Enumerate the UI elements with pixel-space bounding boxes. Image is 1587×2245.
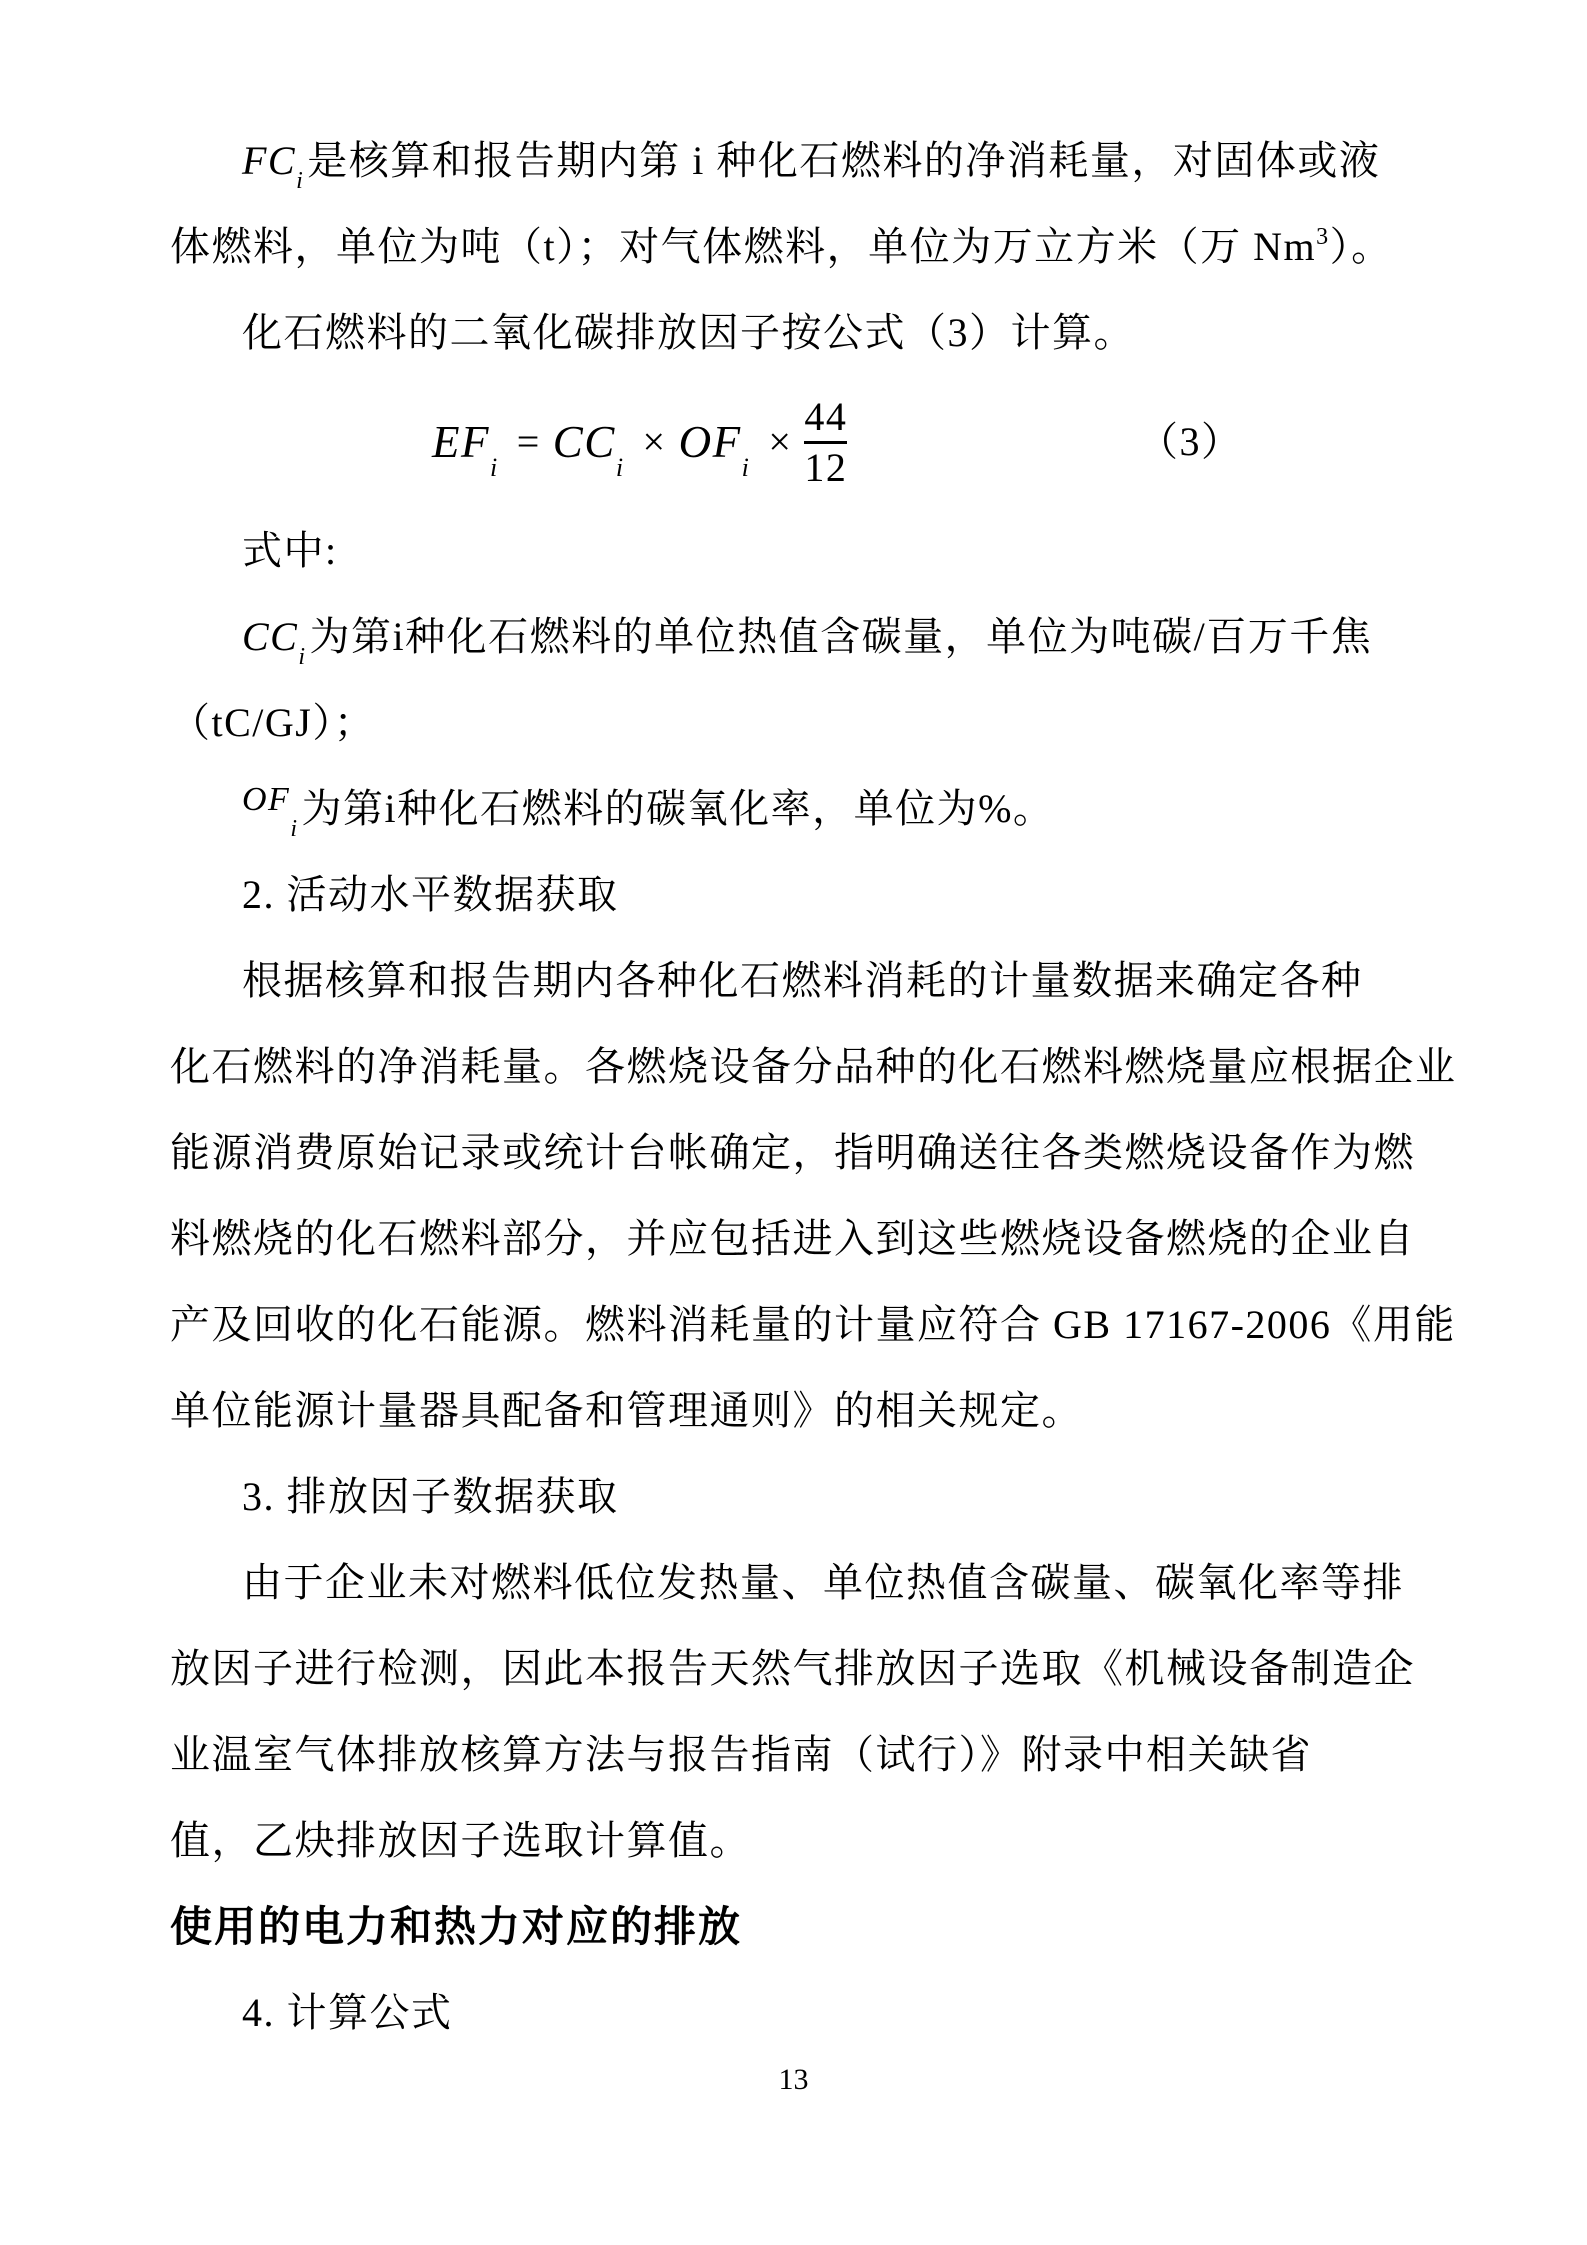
equation-3: EFi=CCi×OFi×4412（3） <box>170 376 1430 508</box>
item-2-activity-data: 2. 活动水平数据获取 <box>170 852 1430 938</box>
formula-fop: × <box>768 399 792 485</box>
para-factor-line2: 放因子进行检测，因此本报告天然气排放因子选取《机械设备制造企 <box>170 1626 1430 1712</box>
para-factor-line3: 业温室气体排放核算方法与报告指南（试行）》附录中相关缺省 <box>170 1712 1430 1798</box>
para-factor-line4: 值，乙炔排放因子选取计算值。 <box>170 1798 1430 1884</box>
para-where: 式中: <box>170 508 1430 594</box>
segment-sub: i <box>290 816 298 842</box>
para-activity-line4: 料燃烧的化石燃料部分，并应包括进入到这些燃烧设备燃烧的企业自 <box>170 1196 1430 1282</box>
item-3-emission-factor: 3. 排放因子数据获取 <box>170 1454 1430 1540</box>
document-page: FCi是核算和报告期内第 i 种化石燃料的净消耗量，对固体或液体燃料，单位为吨（… <box>0 0 1587 2245</box>
para-activity-line1: 根据核算和报告期内各种化石燃料消耗的计量数据来确定各种 <box>170 938 1430 1024</box>
segment-sub: i <box>298 644 306 670</box>
segment-normal: 是核算和报告期内第 i 种化石燃料的净消耗量，对固体或液 <box>307 138 1380 183</box>
formula-fsub: i <box>490 425 499 511</box>
segment-normal: 为第i种化石燃料的碳氧化率，单位为%。 <box>302 786 1055 831</box>
segment-sup: 3 <box>1316 224 1330 250</box>
page-number: 13 <box>0 2060 1587 2100</box>
para-ef-intro: 化石燃料的二氧化碳排放因子按公式（3）计算。 <box>170 290 1430 376</box>
para-activity-line3: 能源消费原始记录或统计台帐确定，指明确送往各类燃烧设备作为燃 <box>170 1110 1430 1196</box>
formula-fsub: i <box>616 425 625 511</box>
fraction-numerator: 44 <box>804 393 847 441</box>
segment-normal: 体燃料，单位为吨（t）；对气体燃料，单位为万立方米（万 Nm <box>170 224 1316 269</box>
fraction: 4412 <box>804 393 847 492</box>
segment-normal: ）。 <box>1330 224 1393 269</box>
formula-eqno: （3） <box>1138 399 1243 485</box>
formula-fop: × <box>643 399 667 485</box>
para-activity-line5: 产及回收的化石能源。燃料消耗量的计量应符合 GB 17167-2006《用能 <box>170 1282 1430 1368</box>
formula-fsub: i <box>742 425 751 511</box>
para-activity-line2: 化石燃料的净消耗量。各燃烧设备分品种的化石燃料燃烧量应根据企业 <box>170 1024 1430 1110</box>
fraction-denominator: 12 <box>804 441 847 492</box>
para-cc-definition-line1: CCi为第i种化石燃料的单位热值含碳量，单位为吨碳/百万千焦 <box>170 594 1430 680</box>
formula-fop: = <box>517 399 541 485</box>
para-of-definition: OFi为第i种化石燃料的碳氧化率，单位为%。 <box>170 766 1430 852</box>
item-4-calc-formula: 4. 计算公式 <box>170 1970 1430 2056</box>
para-cc-definition-line2: （tC/GJ）； <box>170 680 1430 766</box>
formula-fvar: CC <box>553 399 616 485</box>
para-factor-line1: 由于企业未对燃料低位发热量、单位热值含碳量、碳氧化率等排 <box>170 1540 1430 1626</box>
segment-italic: CC <box>242 614 298 659</box>
formula-fvar: OF <box>679 399 742 485</box>
segment-normal: 为第i种化石燃料的单位热值含碳量，单位为吨碳/百万千焦 <box>310 614 1373 659</box>
para-activity-line6: 单位能源计量器具配备和管理通则》的相关规定。 <box>170 1368 1430 1454</box>
segment-sub: i <box>296 168 304 194</box>
document-body: FCi是核算和报告期内第 i 种化石燃料的净消耗量，对固体或液体燃料，单位为吨（… <box>170 118 1430 2056</box>
section-heading-electricity-heat: 使用的电力和热力对应的排放 <box>170 1884 1430 1970</box>
segment-italic: FC <box>242 138 296 183</box>
para-fc-definition-line1: FCi是核算和报告期内第 i 种化石燃料的净消耗量，对固体或液 <box>170 118 1430 204</box>
formula-fvar: EF <box>432 399 490 485</box>
para-fc-definition-line2: 体燃料，单位为吨（t）；对气体燃料，单位为万立方米（万 Nm3）。 <box>170 204 1430 290</box>
segment-italic-raised: OF <box>242 781 290 818</box>
